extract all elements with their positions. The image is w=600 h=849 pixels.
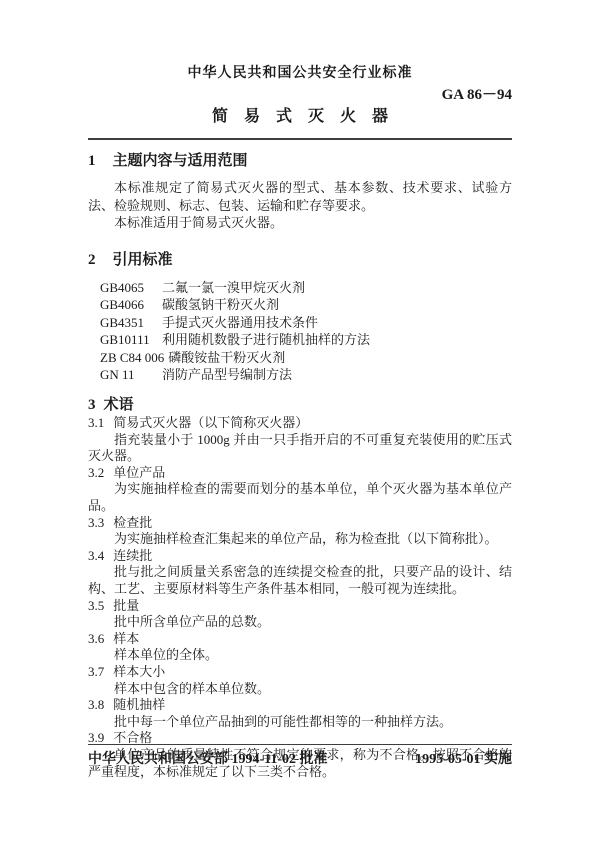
reference-row: GB4066 碳酸氢钠干粉灭火剂 [88,296,512,314]
term-number: 3.7 [88,664,104,681]
section3-number: 3 [88,397,96,414]
reference-title: 二氟一氯一溴甲烷灭火剂 [162,279,305,297]
reference-row: ZB C84 006 磷酸铵盐干粉灭火剂 [88,349,512,367]
reference-title: 消防产品型号编制方法 [162,366,292,384]
term-definition: 样本中包含的样本单位数。 [88,681,512,698]
term-heading: 3.6样本 [88,631,512,648]
reference-title: 碳酸氢钠干粉灭火剂 [162,296,279,314]
reference-row: GB4351 手提式灭火器通用技术条件 [88,314,512,332]
term-definition: 批中所含单位产品的总数。 [88,614,512,631]
term-number: 3.5 [88,598,104,615]
term-number: 3.4 [88,548,104,565]
reference-row: GB10111 利用随机数骰子进行随机抽样的方法 [88,331,512,349]
section2-number: 2 [88,252,96,269]
footer-row: 中华人民共和国公安部 1994-11-02 批准 1995-05-01 实施 [88,751,512,768]
term-number: 3.3 [88,515,104,532]
term-heading: 3.3检查批 [88,515,512,532]
reference-row: GB4065 二氟一氯一溴甲烷灭火剂 [88,279,512,297]
term-name: 批量 [113,598,139,613]
implementation-date: 1995-05-01 实施 [415,751,512,768]
term-definition: 为实施抽样检查的需要而划分的基本单位，单个灭火器为基本单位产品。 [88,481,512,514]
section1-paragraph-2: 本标准适用于简易式灭火器。 [88,214,512,232]
reference-title: 磷酸铵盐干粉灭火剂 [168,349,285,367]
reference-code: GB4351 [100,314,162,332]
term-name: 单位产品 [113,465,165,480]
term-definition: 批中每一个单位产品抽到的可能性都相等的一种抽样方法。 [88,714,512,731]
term-definition: 批与批之间质量关系密急的连续提交检查的批，只要产品的设计、结构、工艺、主要原材料… [88,564,512,597]
reference-title: 利用随机数骰子进行随机抽样的方法 [162,331,370,349]
section1-heading: 1主题内容与适用范围 [88,153,512,170]
term-name: 检查批 [113,515,152,530]
section1-number: 1 [88,153,96,170]
term-number: 3.8 [88,697,104,714]
term-number: 3.1 [88,415,104,432]
section1-title: 主题内容与适用范围 [113,153,248,169]
term-number: 3.6 [88,631,104,648]
term-heading: 3.5批量 [88,598,512,615]
term-name: 连续批 [113,548,152,563]
referenced-standards-list: GB4065 二氟一氯一溴甲烷灭火剂 GB4066 碳酸氢钠干粉灭火剂 GB43… [88,279,512,385]
term-name: 样本 [113,631,139,646]
term-heading: 3.4连续批 [88,548,512,565]
term-name: 随机抽样 [113,697,165,712]
document-title: 简 易 式 灭 火 器 [88,108,512,126]
section3-title: 术语 [104,397,134,413]
reference-row: GN 11 消防产品型号编制方法 [88,366,512,384]
reference-code: ZB C84 006 [100,349,168,367]
reference-code: GN 11 [100,366,162,384]
footer-divider [88,744,512,745]
section3-heading: 3术语 [88,397,512,414]
term-name: 简易式灭火器（以下简称灭火器） [113,415,308,430]
section1-paragraph-1: 本标准规定了简易式灭火器的型式、基本参数、技术要求、试验方法、检验规则、标志、包… [88,179,512,214]
term-definition: 为实施抽样检查汇集起来的单位产品，称为检查批（以下简称批）。 [88,531,512,548]
term-heading: 3.7样本大小 [88,664,512,681]
document-page: 中华人民共和国公共安全行业标准 GA 86－94 简 易 式 灭 火 器 1主题… [0,0,600,849]
term-heading: 3.1简易式灭火器（以下简称灭火器） [88,415,512,432]
term-heading: 3.2单位产品 [88,465,512,482]
standard-authority-line: 中华人民共和国公共安全行业标准 [88,66,512,82]
document-footer: 中华人民共和国公安部 1994-11-02 批准 1995-05-01 实施 [88,744,512,768]
reference-code: GB4066 [100,296,162,314]
reference-title: 手提式灭火器通用技术条件 [162,314,318,332]
standard-number: GA 86－94 [88,87,512,103]
reference-code: GB10111 [100,331,162,349]
approval-statement: 中华人民共和国公安部 1994-11-02 批准 [88,751,328,768]
document-content: 中华人民共和国公共安全行业标准 GA 86－94 简 易 式 灭 火 器 1主题… [88,66,512,780]
term-definition: 指充装量小于 1000g 并由一只手指开启的不可重复充装使用的贮压式灭火器。 [88,432,512,465]
section2-title: 引用标准 [113,252,173,268]
term-number: 3.2 [88,465,104,482]
header-divider [88,138,512,140]
term-heading: 3.8随机抽样 [88,697,512,714]
reference-code: GB4065 [100,279,162,297]
term-definition: 样本单位的全体。 [88,647,512,664]
section2-heading: 2引用标准 [88,252,512,269]
term-name: 样本大小 [113,664,165,679]
